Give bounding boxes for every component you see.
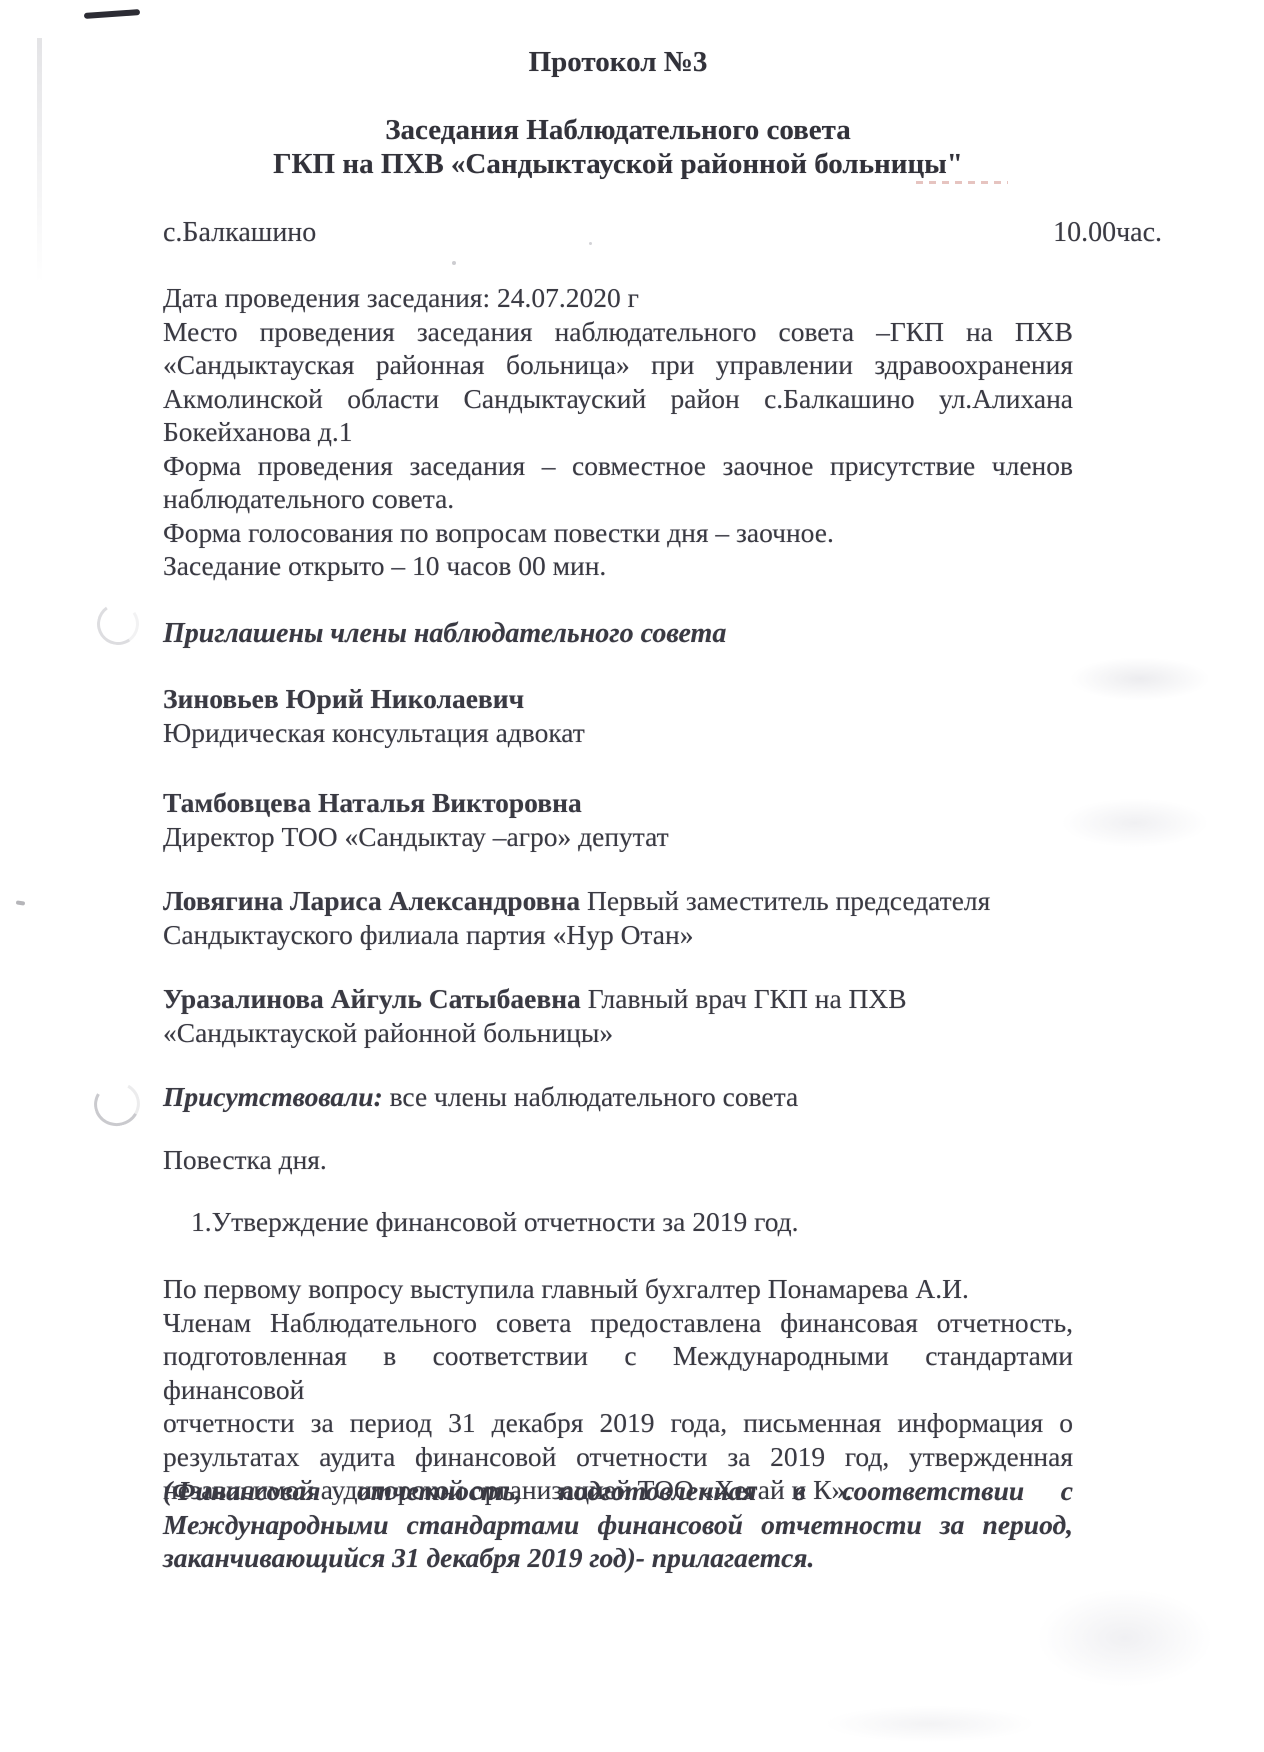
scan-dash-mark [84, 9, 140, 19]
scanned-protocol-page: Протокол №3 Заседания Наблюдательного со… [0, 0, 1264, 1752]
note-line: (Финансовая отчетность, подготовленная в… [163, 1474, 1073, 1508]
attachment-note-paragraph: (Финансовая отчетность, подготовленная в… [163, 1474, 1073, 1575]
body-line: результатах аудита финансовой отчетности… [163, 1440, 1073, 1474]
member-role: Сандыктауского филиала партия «Нур Отан» [163, 918, 1073, 952]
present-text: все члены наблюдательного совета [383, 1081, 798, 1112]
member-entry: Уразалинова Айгуль Сатыбаевна Главный вр… [163, 982, 1073, 1049]
member-name-line: Уразалинова Айгуль Сатыбаевна Главный вр… [163, 982, 1073, 1016]
member-entry: Тамбовцева Наталья Викторовна Директор Т… [163, 786, 1073, 853]
member-entry: Зиновьев Юрий Николаевич Юридическая кон… [163, 682, 1073, 749]
margin-dot-mark [16, 900, 25, 905]
member-name: Ловягина Лариса Александровна [163, 885, 580, 916]
faint-pen-circle-mark [94, 600, 143, 649]
meta-line: «Сандыктауская районная больница» при уп… [163, 348, 1073, 382]
body-paragraph: По первому вопросу выступила главный бух… [163, 1272, 1073, 1507]
member-role: «Сандыктауской районной больницы» [163, 1016, 1073, 1050]
member-name-line: Тамбовцева Наталья Викторовна [163, 786, 1073, 820]
member-role-inline: Первый заместитель председателя [580, 885, 990, 916]
subtitle-line: Заседания Наблюдательного совета [163, 113, 1073, 147]
present-line: Присутствовали: все члены наблюдательног… [163, 1080, 1073, 1114]
member-name-line: Зиновьев Юрий Николаевич [163, 682, 1073, 716]
paper-edge-shadow [37, 38, 42, 283]
meta-line: Форма голосования по вопросам повестки д… [163, 516, 1073, 550]
scan-noise-blob [780, 1698, 1080, 1750]
scan-noise-blob [1000, 1568, 1250, 1708]
invited-heading: Приглашены члены наблюдательного совета [163, 617, 1073, 651]
member-role: Юридическая консультация адвокат [163, 716, 1073, 750]
note-line: заканчивающийся 31 декабря 2019 год)- пр… [163, 1541, 1073, 1575]
meta-line: Место проведения заседания наблюдательно… [163, 315, 1073, 349]
member-role: Директор ТОО «Сандыктау –агро» депутат [163, 820, 1073, 854]
meeting-place: с.Балкашино [163, 216, 316, 250]
body-line: По первому вопросу выступила главный бух… [163, 1272, 1073, 1306]
body-line: отчетности за период 31 декабря 2019 год… [163, 1406, 1073, 1440]
meta-line: Дата проведения заседания: 24.07.2020 г [163, 281, 1073, 315]
agenda-heading: Повестка дня. [163, 1143, 1073, 1177]
present-label: Присутствовали: [163, 1081, 383, 1112]
meta-line: Акмолинской области Сандыктауский район … [163, 382, 1073, 416]
agenda-item: 1.Утверждение финансовой отчетности за 2… [163, 1205, 1073, 1239]
meta-line: Форма проведения заседания – совместное … [163, 449, 1073, 483]
member-role-inline: Главный врач ГКП на ПХВ [581, 983, 907, 1014]
scan-color-artifact [916, 181, 1008, 184]
body-line: Членам Наблюдательного совета предоставл… [163, 1306, 1073, 1340]
subtitle-line: ГКП на ПХВ «Сандыктауской районной больн… [163, 147, 1073, 181]
document-subtitle: Заседания Наблюдательного совета ГКП на … [163, 113, 1073, 181]
meta-line: наблюдательного совета. [163, 482, 1073, 516]
body-line: подготовленная в соответствии с Междунар… [163, 1339, 1073, 1406]
meeting-time: 10.00час. [1053, 216, 1162, 250]
member-name: Тамбовцева Наталья Викторовна [163, 787, 582, 818]
meeting-meta-paragraph: Дата проведения заседания: 24.07.2020 г … [163, 281, 1073, 583]
meta-line: Бокейханова д.1 [163, 415, 1073, 449]
faint-pen-circle-mark [89, 1077, 145, 1131]
note-line: Международными стандартами финансовой от… [163, 1508, 1073, 1542]
scan-speck [452, 261, 456, 265]
member-name: Уразалинова Айгуль Сатыбаевна [163, 983, 581, 1014]
meta-line: Заседание открыто – 10 часов 00 мин. [163, 549, 1073, 583]
member-name-line: Ловягина Лариса Александровна Первый зам… [163, 884, 1073, 918]
member-name: Зиновьев Юрий Николаевич [163, 683, 524, 714]
place-time-row: с.Балкашино 10.00час. [163, 216, 1162, 250]
document-title: Протокол №3 [163, 46, 1073, 80]
member-entry: Ловягина Лариса Александровна Первый зам… [163, 884, 1073, 951]
